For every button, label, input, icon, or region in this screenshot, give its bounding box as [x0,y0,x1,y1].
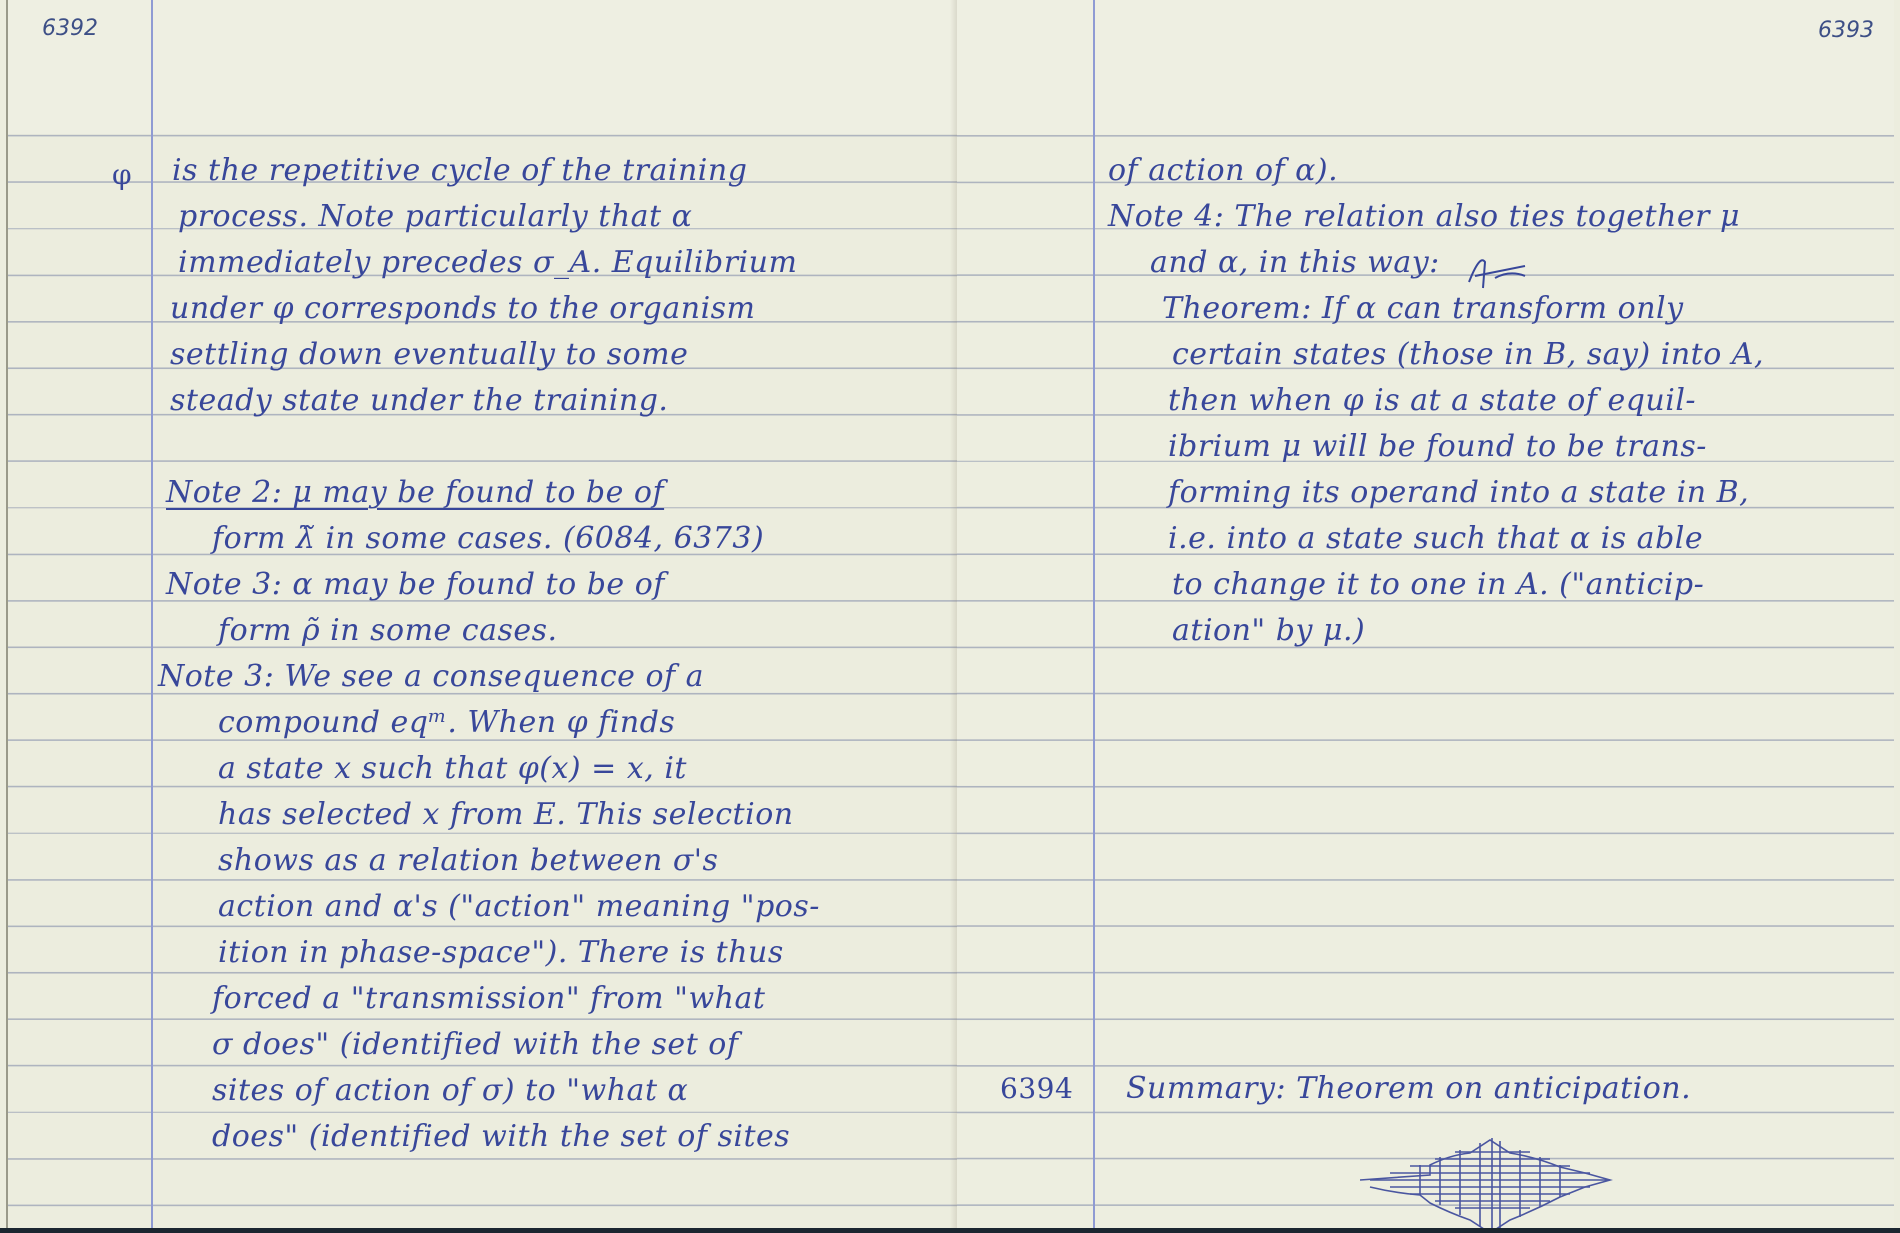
crossed-out-scribble-icon [1465,252,1545,292]
text-line: steady state under the training. [170,378,668,424]
left-page-number: 6392 [42,16,98,41]
crosshatch-doodle-icon [1360,1135,1630,1233]
text-line: immediately precedes σ_A. Equilibrium [178,240,797,286]
text-line: and α, in this way: [1150,240,1440,286]
text-line: has selected x from E. This selection [218,792,794,838]
text-line: under φ corresponds to the organism [170,286,756,332]
text-line: of action of α). [1108,148,1338,194]
text-line: forced a "transmission" from "what [212,976,765,1022]
text-line: compound eqᵐ. When φ finds [218,700,675,746]
text-line: form λ̃ in some cases. (6084, 6373) [212,516,764,562]
text-line: then when φ is at a state of equil- [1168,378,1696,424]
text-line: ibrium μ will be found to be trans- [1168,424,1707,470]
phi-margin-symbol: φ [112,152,132,198]
notebook-bottom-edge [0,1228,1900,1233]
text-line: process. Note particularly that α [178,194,692,240]
text-line: a state x such that φ(x) = x, it [218,746,687,792]
text-line: ation" by μ.) [1172,608,1365,654]
text-line: ition in phase-space"). There is thus [218,930,784,976]
text-line: is the repetitive cycle of the training [172,148,747,194]
summary-page-number: 6394 [1000,1066,1073,1112]
note-4-line: Note 4: The relation also ties together … [1108,194,1740,240]
text-line: σ does" (identified with the set of [212,1022,738,1068]
right-page [957,0,1894,1228]
text-line: to change it to one in A. ("anticip- [1172,562,1704,608]
text-line: i.e. into a state such that α is able [1168,516,1703,562]
note-3b-line: Note 3: We see a consequence of a [158,654,704,700]
text-line: does" (identified with the set of sites [212,1114,790,1160]
text-line: shows as a relation between σ's [218,838,718,884]
text-line: settling down eventually to some [170,332,688,378]
note-2-line: Note 2: μ may be found to be of [166,470,664,516]
right-margin-line [1093,0,1095,1228]
theorem-line: Theorem: If α can transform only [1162,286,1684,332]
summary-line: Summary: Theorem on anticipation. [1126,1066,1691,1112]
text-line: form ρ̃ in some cases. [218,608,558,654]
right-page-number: 6393 [1818,18,1874,43]
text-line: sites of action of σ) to "what α [212,1068,688,1114]
left-margin-line [151,0,153,1228]
text-line: certain states (those in B, say) into A, [1172,332,1764,378]
notebook-spread: 6392 φ is the repetitive cycle of the tr… [0,0,1900,1228]
text-line: forming its operand into a state in B, [1168,470,1749,516]
note-3-line: Note 3: α may be found to be of [166,562,665,608]
text-line: action and α's ("action" meaning "pos- [218,884,820,930]
